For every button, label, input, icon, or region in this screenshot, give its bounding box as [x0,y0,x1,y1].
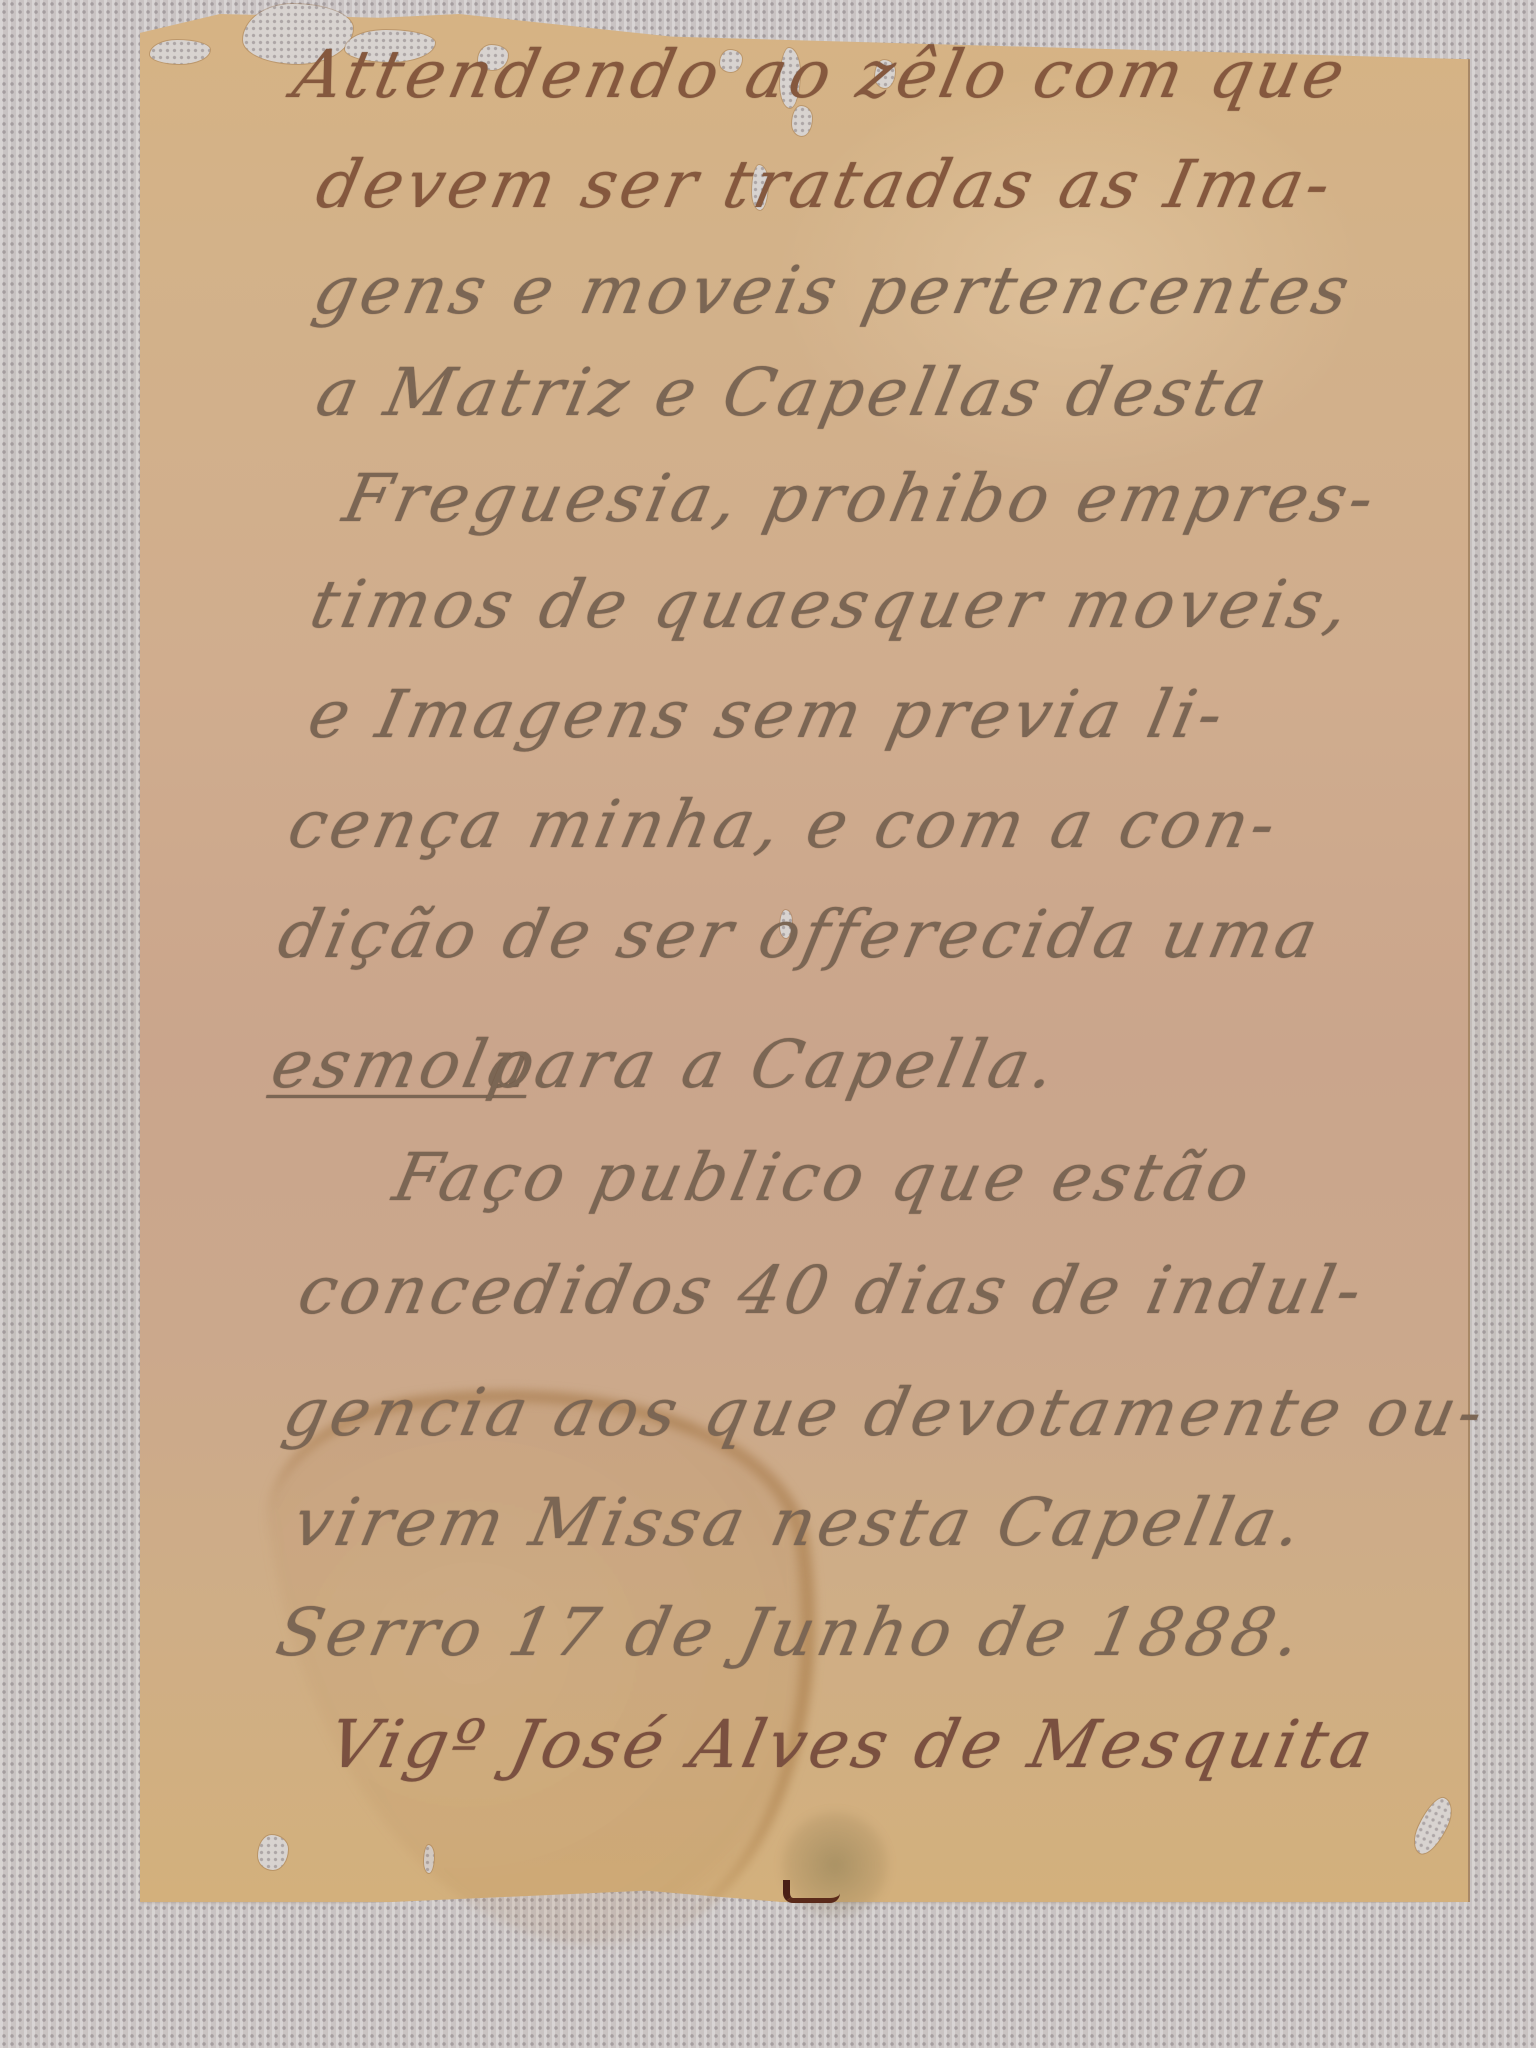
signature: Vigº José Alves de Mesquita [323,1712,1382,1778]
text-line-9: dição de ser offerecida uma [273,902,1327,968]
text-line-13: gencia aos que devotamente ou- [278,1380,1492,1446]
text-line-7: e Imagens sem previa li- [303,682,1232,748]
text-line-6: timos de quaesquer moveis, [305,572,1358,638]
text-line-5: Freguesia, prohibo empres- [338,466,1383,532]
text-line-3: gens e moveis pertencentes [308,258,1358,324]
date-line: Serro 17 de Junho de 1888. [271,1600,1310,1666]
text-line-12: concedidos 40 dias de indul- [293,1258,1371,1324]
text-line-11: Faço publico que estão [388,1145,1259,1211]
text-line-8: cença minha, e com a con- [283,792,1285,858]
text-line-14: virem Missa nesta Capella. [288,1490,1311,1556]
handwritten-text: Attendendo ao zêlo com que devem ser tra… [0,0,1536,2048]
text-line-4: a Matriz e Capellas desta [311,360,1276,426]
text-line-2: devem ser tratadas as Ima- [311,152,1340,218]
text-line-10-rest: para a Capella. [483,1032,1065,1098]
text-line-1: Attendendo ao zêlo com que [288,42,1354,108]
